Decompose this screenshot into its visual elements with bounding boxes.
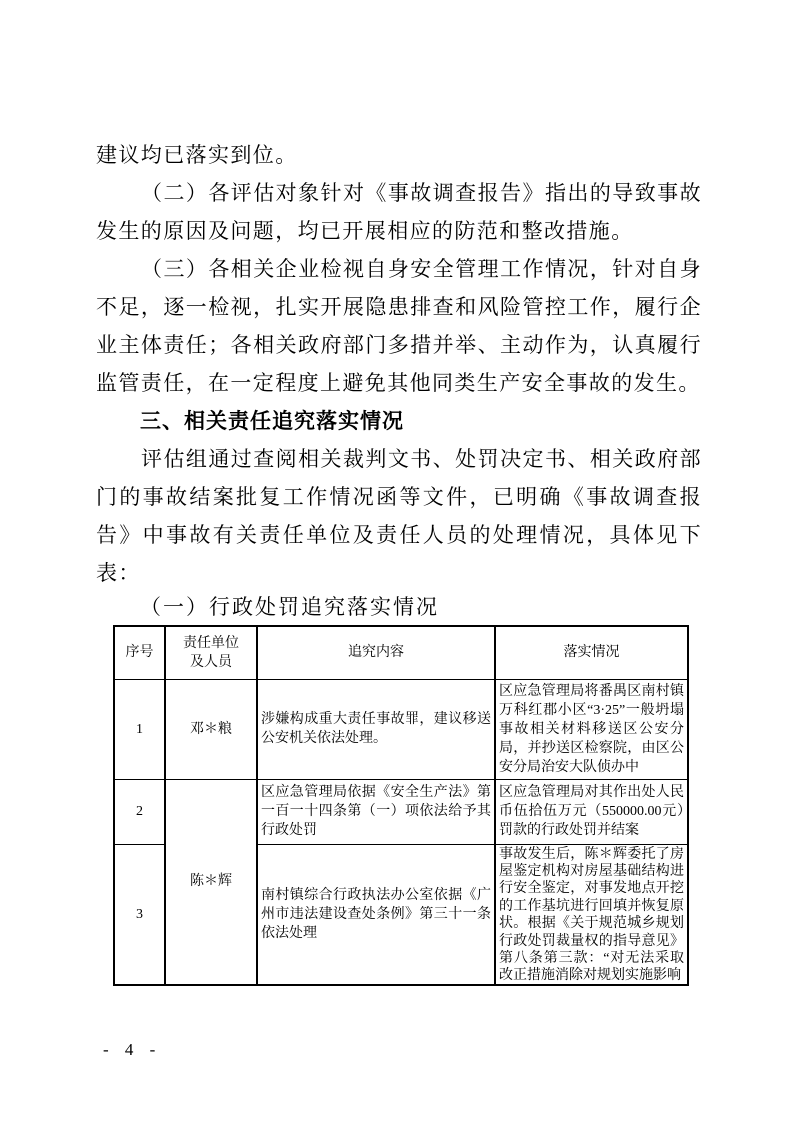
paragraph-continuation: 建议均已落实到位。 (96, 136, 702, 174)
header-unit-person: 责任单位 及人员 (165, 626, 257, 679)
seq-cell: 1 (114, 679, 165, 779)
table-row: 2 陈＊辉 区应急管理局依据《安全生产法》第一百一十四条第（一）项依法给予其行政… (114, 779, 688, 844)
header-content: 追究内容 (257, 626, 495, 679)
paragraph-item-2: （二）各评估对象针对《事故调查报告》指出的导致事故发生的原因及问题，均已开展相应… (96, 174, 702, 250)
header-status: 落实情况 (495, 626, 688, 679)
content-cell: 涉嫌构成重大责任事故罪，建议移送公安机关依法处理。 (257, 679, 495, 779)
document-body: 建议均已落实到位。 （二）各评估对象针对《事故调查报告》指出的导致事故发生的原因… (96, 136, 702, 592)
person-cell-merged: 陈＊辉 (165, 779, 257, 985)
status-text-clipped: 事故发生后，陈＊辉委托了房屋鉴定机构对房屋基础结构进行安全鉴定，对事发地点开挖的… (499, 846, 684, 983)
document-page: 建议均已落实到位。 （二）各评估对象针对《事故调查报告》指出的导致事故发生的原因… (0, 0, 794, 1123)
table-header-row: 序号 责任单位 及人员 追究内容 落实情况 (114, 626, 688, 679)
seq-cell: 2 (114, 779, 165, 844)
header-seq: 序号 (114, 626, 165, 679)
table-caption: （一）行政处罚追究落实情况 (96, 592, 702, 622)
paragraph-item-3: （三）各相关企业检视自身安全管理工作情况，针对自身不足，逐一检视，扎实开展隐患排… (96, 250, 702, 402)
status-cell: 区应急管理局对其作出处人民币伍拾伍万元（550000.00元）罚款的行政处罚并结… (495, 779, 688, 844)
content-cell: 南村镇综合行政执法办公室依据《广州市违法建设查处条例》第三十一条依法处理 (257, 844, 495, 985)
person-cell: 邓＊粮 (165, 679, 257, 779)
paragraph-evaluation-intro: 评估组通过查阅相关裁判文书、处罚决定书、相关政府部门的事故结案批复工作情况函等文… (96, 440, 702, 592)
status-cell: 事故发生后，陈＊辉委托了房屋鉴定机构对房屋基础结构进行安全鉴定，对事发地点开挖的… (495, 844, 688, 985)
status-cell: 区应急管理局将番禺区南村镇万科红郡小区“3·25”一般坍塌事故相关材料移送区公安… (495, 679, 688, 779)
seq-cell: 3 (114, 844, 165, 985)
content-cell: 区应急管理局依据《安全生产法》第一百一十四条第（一）项依法给予其行政处罚 (257, 779, 495, 844)
page-number: - 4 - (103, 1040, 161, 1060)
section-heading: 三、相关责任追究落实情况 (96, 402, 702, 440)
table-row: 1 邓＊粮 涉嫌构成重大责任事故罪，建议移送公安机关依法处理。 区应急管理局将番… (114, 679, 688, 779)
punishment-table: 序号 责任单位 及人员 追究内容 落实情况 1 邓＊粮 涉嫌构成重大责任事故罪，… (113, 625, 689, 986)
